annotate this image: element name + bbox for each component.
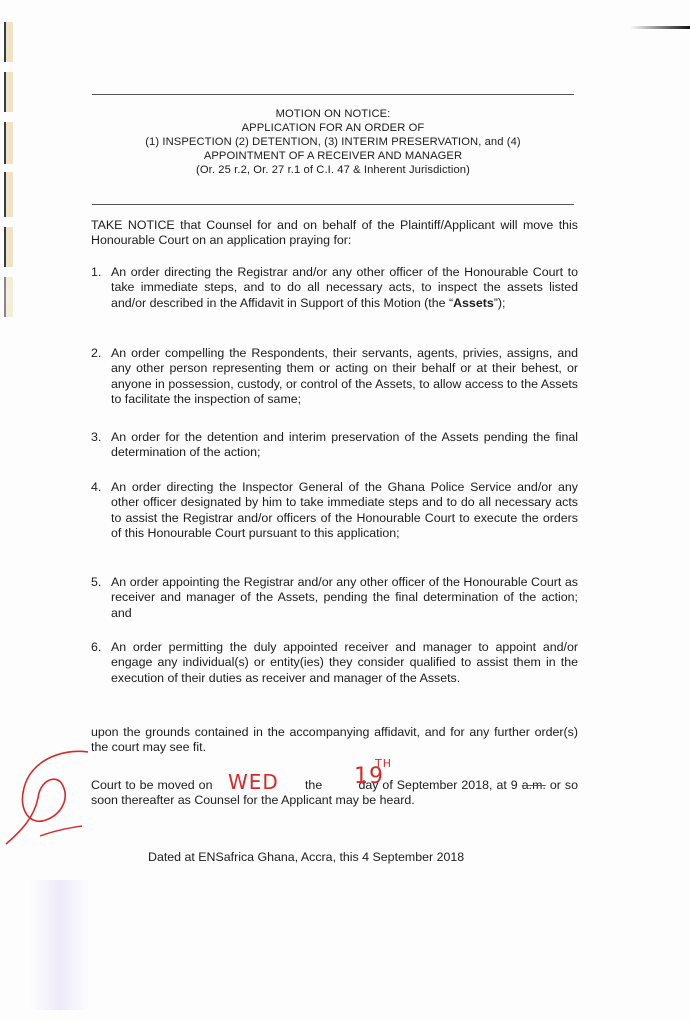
- grounds-paragraph: upon the grounds contained in the accomp…: [91, 725, 578, 756]
- intro-paragraph: TAKE NOTICE that Counsel for and on beha…: [91, 218, 578, 249]
- defined-term-assets: Assets: [453, 296, 494, 310]
- title-top-rule: [92, 94, 574, 95]
- prayer-item-4: 4. An order directing the Inspector Gene…: [91, 480, 578, 542]
- hearing-date-paragraph: Court to be moved on the day of Septembe…: [91, 778, 578, 809]
- item-text: An order directing the Registrar and/or …: [111, 265, 578, 311]
- handwritten-date-suffix: TH: [375, 757, 392, 770]
- scan-shadow: [30, 880, 90, 1010]
- title-line: MOTION ON NOTICE:: [92, 107, 574, 121]
- binding-staples: [4, 22, 12, 352]
- item-number: 5.: [91, 575, 109, 590]
- struck-am: a.m.: [522, 778, 546, 792]
- item-number: 2.: [91, 346, 109, 361]
- title-line: (1) INSPECTION (2) DETENTION, (3) INTERI…: [92, 135, 574, 149]
- item-text: An order for the detention and interim p…: [111, 430, 578, 461]
- handwritten-day: WED: [228, 770, 279, 794]
- handwritten-loop-mark: [0, 740, 120, 850]
- item-text: An order appointing the Registrar and/or…: [111, 575, 578, 621]
- item-number: 6.: [91, 640, 109, 655]
- title-line: APPLICATION FOR AN ORDER OF: [92, 121, 574, 135]
- hearing-text: the: [305, 778, 322, 792]
- title-line: APPOINTMENT OF A RECEIVER AND MANAGER: [92, 149, 574, 163]
- item-text-part: An order directing the Registrar and/or …: [111, 265, 578, 310]
- title-bottom-rule: [92, 204, 574, 205]
- dated-line: Dated at ENSafrica Ghana, Accra, this 4 …: [148, 850, 464, 864]
- blank-date: [326, 778, 354, 792]
- item-number: 1.: [91, 265, 109, 280]
- scan-edge-mark: [630, 26, 690, 29]
- motion-title: MOTION ON NOTICE: APPLICATION FOR AN ORD…: [92, 107, 574, 177]
- item-text-part: ”);: [494, 296, 506, 310]
- item-number: 4.: [91, 480, 109, 495]
- item-number: 3.: [91, 430, 109, 445]
- prayer-item-3: 3. An order for the detention and interi…: [91, 430, 578, 461]
- title-line: (Or. 25 r.2, Or. 27 r.1 of C.I. 47 & Inh…: [92, 163, 574, 177]
- prayer-item-6: 6. An order permitting the duly appointe…: [91, 640, 578, 686]
- item-text: An order compelling the Respondents, the…: [111, 346, 578, 408]
- prayer-item-2: 2. An order compelling the Respondents, …: [91, 346, 578, 408]
- prayer-item-1: 1. An order directing the Registrar and/…: [91, 265, 578, 311]
- item-text: An order directing the Inspector General…: [111, 480, 578, 542]
- prayer-item-5: 5. An order appointing the Registrar and…: [91, 575, 578, 621]
- document-page: MOTION ON NOTICE: APPLICATION FOR AN ORD…: [0, 0, 690, 1021]
- item-text: An order permitting the duly appointed r…: [111, 640, 578, 686]
